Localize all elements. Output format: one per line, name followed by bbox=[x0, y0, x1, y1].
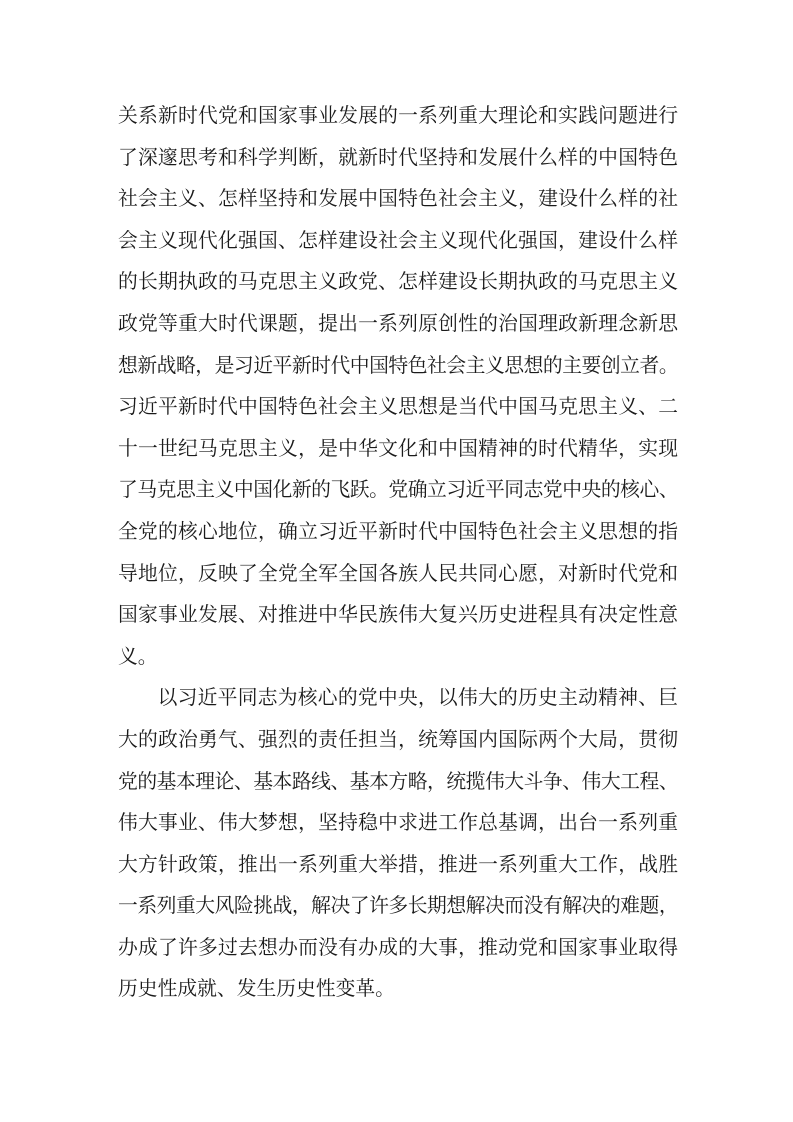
paragraph: 关系新时代党和国家事业发展的一系列重大理论和实践问题进行 了深邃思考和科学判断，… bbox=[118, 96, 678, 678]
text-line: 历史性成就、发生历史性变革。 bbox=[118, 969, 678, 1011]
text-line: 的长期执政的马克思主义政党、怎样建设长期执政的马克思主义 bbox=[118, 262, 678, 304]
text-line: 导地位，反映了全党全军全国各族人民共同心愿，对新时代党和 bbox=[118, 554, 678, 596]
text-line: 习近平新时代中国特色社会主义思想是当代中国马克思主义、二 bbox=[118, 387, 678, 429]
text-line: 社会主义、怎样坚持和发展中国特色社会主义，建设什么样的社 bbox=[118, 179, 678, 221]
paragraph: 以习近平同志为核心的党中央，以伟大的历史主动精神、巨 大的政治勇气、强烈的责任担… bbox=[118, 678, 678, 1011]
text-line: 会主义现代化强国、怎样建设社会主义现代化强国，建设什么样 bbox=[118, 221, 678, 263]
text-line: 大方针政策，推出一系列重大举措，推进一系列重大工作，战胜 bbox=[118, 845, 678, 887]
text-line: 想新战略，是习近平新时代中国特色社会主义思想的主要创立者。 bbox=[118, 346, 678, 388]
text-line: 了马克思主义中国化新的飞跃。党确立习近平同志党中央的核心、 bbox=[118, 470, 678, 512]
text-line: 十一世纪马克思主义，是中华文化和中国精神的时代精华，实现 bbox=[118, 429, 678, 471]
text-line: 以习近平同志为核心的党中央，以伟大的历史主动精神、巨 bbox=[118, 678, 678, 720]
text-line: 伟大事业、伟大梦想，坚持稳中求进工作总基调，出台一系列重 bbox=[118, 803, 678, 845]
document-page: 关系新时代党和国家事业发展的一系列重大理论和实践问题进行 了深邃思考和科学判断，… bbox=[0, 0, 793, 1122]
text-line: 办成了许多过去想办而没有办成的大事，推动党和国家事业取得 bbox=[118, 928, 678, 970]
text-line: 义。 bbox=[118, 637, 678, 679]
document-body: 关系新时代党和国家事业发展的一系列重大理论和实践问题进行 了深邃思考和科学判断，… bbox=[118, 96, 678, 1011]
text-line: 关系新时代党和国家事业发展的一系列重大理论和实践问题进行 bbox=[118, 96, 678, 138]
text-line: 国家事业发展、对推进中华民族伟大复兴历史进程具有决定性意 bbox=[118, 595, 678, 637]
text-line: 大的政治勇气、强烈的责任担当，统筹国内国际两个大局，贯彻 bbox=[118, 720, 678, 762]
text-line: 政党等重大时代课题，提出一系列原创性的治国理政新理念新思 bbox=[118, 304, 678, 346]
text-line: 全党的核心地位，确立习近平新时代中国特色社会主义思想的指 bbox=[118, 512, 678, 554]
text-line: 了深邃思考和科学判断，就新时代坚持和发展什么样的中国特色 bbox=[118, 138, 678, 180]
text-line: 一系列重大风险挑战，解决了许多长期想解决而没有解决的难题， bbox=[118, 886, 678, 928]
text-line: 党的基本理论、基本路线、基本方略，统揽伟大斗争、伟大工程、 bbox=[118, 762, 678, 804]
